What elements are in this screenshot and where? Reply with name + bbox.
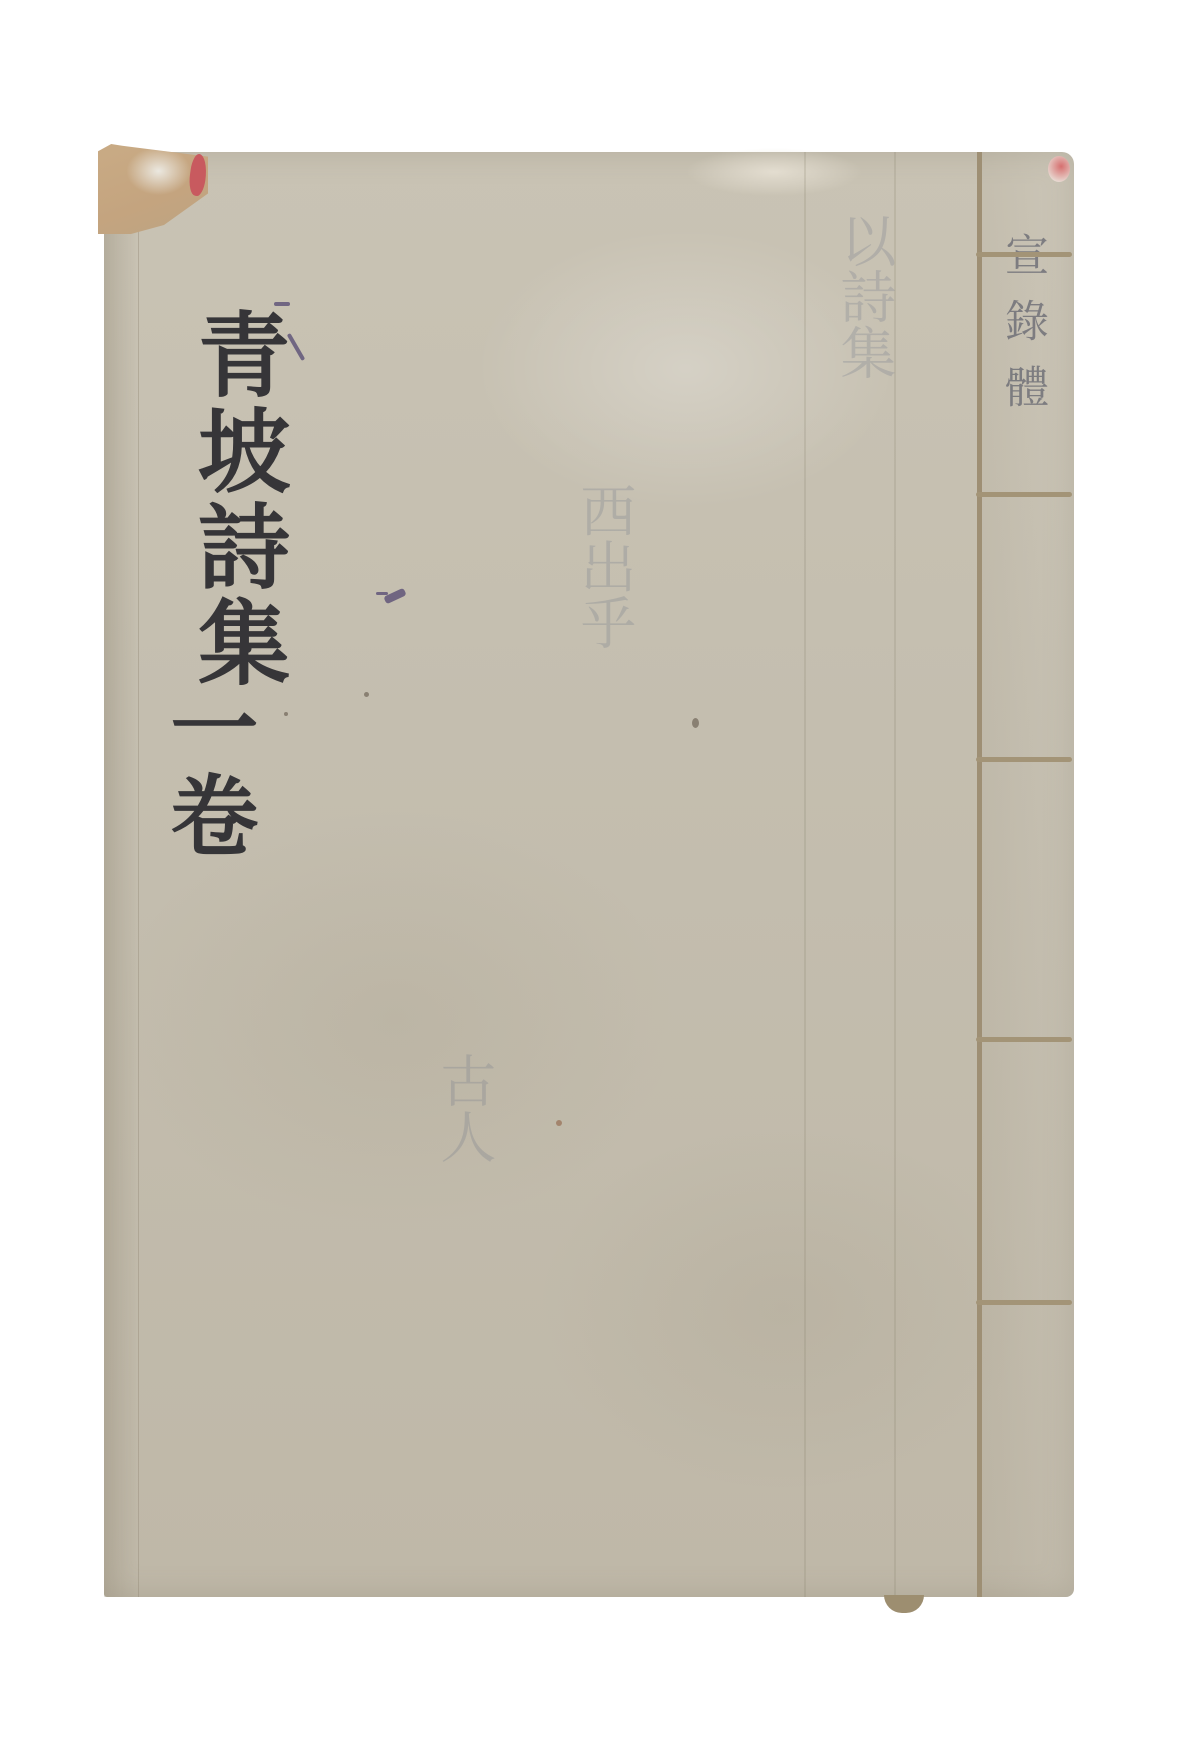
cover-left-edge — [104, 152, 139, 1597]
binding-stitch — [976, 492, 1072, 497]
binding-stitch — [976, 1300, 1072, 1305]
stain-spot — [556, 1120, 562, 1126]
binding-stitch — [976, 1037, 1072, 1042]
stain-spot — [364, 692, 369, 697]
book-title: 青坡詩集 — [164, 307, 284, 691]
spine-label: 宣錄體 — [1000, 232, 1044, 430]
stain-spot — [692, 718, 699, 728]
ink-mark — [383, 588, 406, 605]
book-cover: 以詩集 西出乎 古人 青坡詩集 一卷 宣錄體 — [104, 152, 1074, 1597]
bleed-through-text: 西出乎 — [564, 482, 642, 650]
fold-line — [804, 152, 806, 1597]
ink-mark — [274, 302, 290, 306]
binding-stitch — [976, 757, 1072, 762]
red-seal-mark — [1048, 156, 1070, 182]
binding-thread-tail — [884, 1595, 924, 1613]
bleed-through-text: 以詩集 — [824, 212, 902, 380]
bleed-through-text: 古人 — [424, 1052, 502, 1164]
volume-label: 一卷 — [162, 682, 254, 858]
binding-stitch — [976, 252, 1072, 257]
stain-spot — [284, 712, 288, 716]
bound-spine: 宣錄體 — [977, 152, 1074, 1597]
top-tear-stain — [664, 148, 884, 208]
